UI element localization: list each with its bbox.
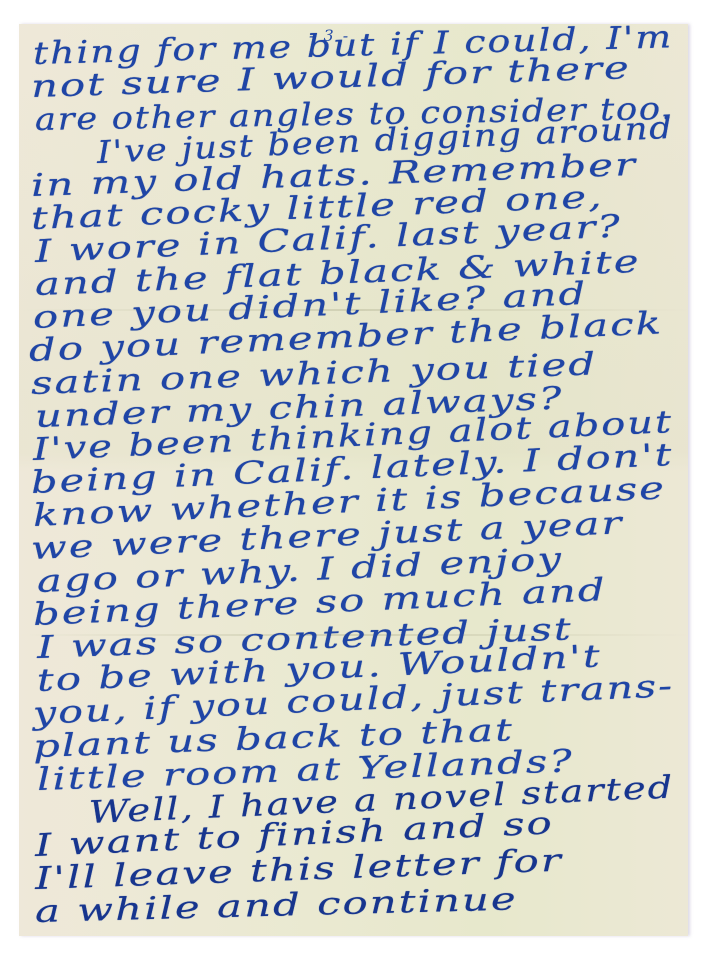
letter-paper: - 3 - thing for me but if I could, I'm n… [19,24,688,936]
handwritten-text: thing for me but if I could, I'm not sur… [19,24,688,936]
scanned-page: - 3 - thing for me but if I could, I'm n… [0,0,720,960]
